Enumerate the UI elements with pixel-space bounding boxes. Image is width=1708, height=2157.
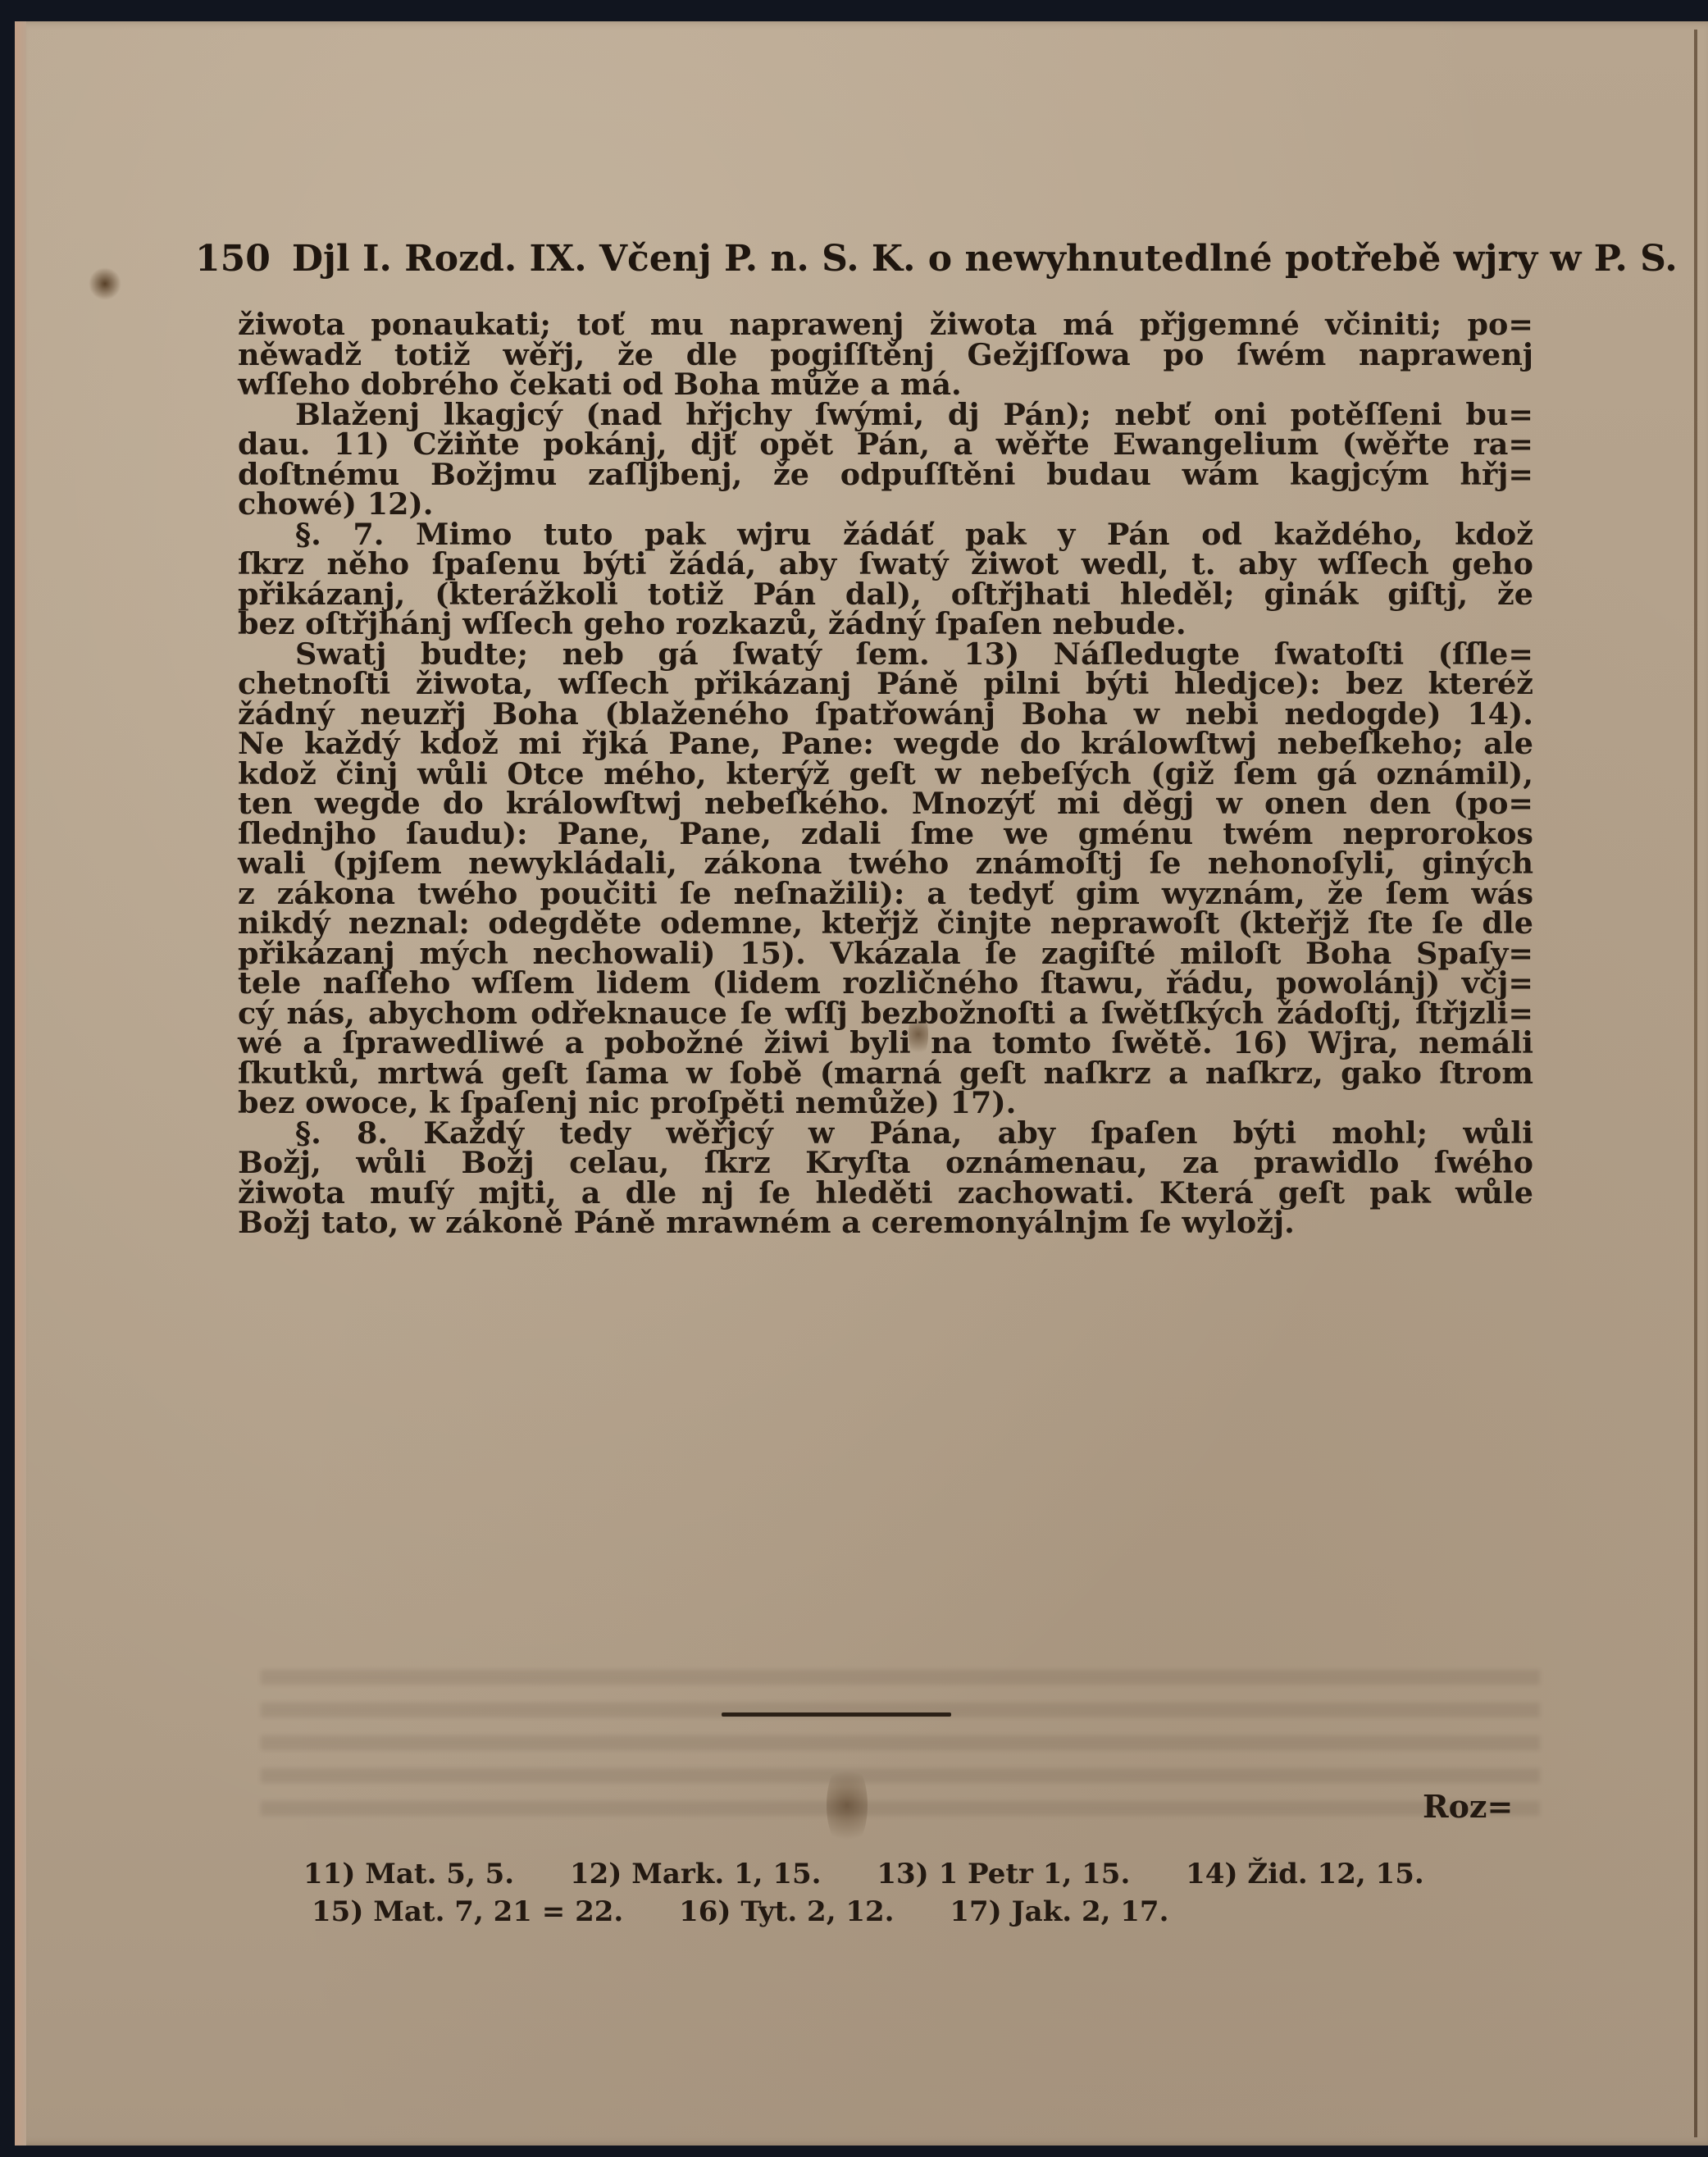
catchword: Roz= [1423,1788,1513,1825]
page-number: 150 [195,238,271,280]
text-line: přikázanj, (kterážkoli totiž Pán dal), o… [238,580,1533,610]
running-head-title: Djl I. Rozd. IX. Včenj P. n. S. K. o new… [292,238,1678,280]
body-text: žiwota ponaukati; toť mu naprawenj žiwot… [238,310,1533,1238]
footnote-line-1: 11) Mat. 5, 5. 12) Mark. 1, 15. 13) 1 Pe… [303,1855,1583,1893]
text-line: žiwota muſý mjti, a dle nj ſe hleděti za… [238,1179,1533,1209]
footnotes: 11) Mat. 5, 5. 12) Mark. 1, 15. 13) 1 Pe… [303,1855,1583,1931]
text-line: wali (pjſem newykládali, zákona twého zn… [238,849,1533,879]
text-line: bez oſtřjhánj wſſech geho rozkazů, žádný… [238,609,1533,640]
show-through-text [261,1670,1540,1834]
text-line: něwadž totiž wěřj, že dle pogiſſtěnj Gež… [238,340,1533,371]
text-line: žádný neuzřj Boha (blaženého ſpatřowánj … [238,700,1533,730]
text-line: kdož činj wůli Otce mého, kterýž geſt w … [238,759,1533,790]
ink-stain [89,267,121,300]
text-line: ſkrz něho ſpaſenu býti žádá, aby ſwatý ž… [238,550,1533,580]
text-line: ſlednjho ſaudu): Pane, Pane, zdali ſme w… [238,819,1533,850]
text-line: wſſeho dobrého čekati od Boha může a má. [238,370,1533,400]
running-head: 150Djl I. Rozd. IX. Včenj P. n. S. K. o … [195,235,1507,284]
text-line: chetnoſti žiwota, wſſech přikázanj Páně … [238,669,1533,700]
text-line: tele naſſeho wſſem lidem (lidem rozličné… [238,969,1533,999]
footnote-14: 14) Žid. 12, 15. [1186,1858,1424,1890]
footnote-11: 11) Mat. 5, 5. [303,1858,514,1890]
text-line: ten wegde do králowſtwj nebeſkého. Mnozý… [238,789,1533,819]
section-divider-rule [722,1712,951,1717]
footnote-17: 17) Jak. 2, 17. [950,1895,1168,1928]
text-line: Blaženj lkagjcý (nad hřjchy ſwými, dj Pá… [238,400,1533,431]
text-line: přikázanj mých nechowali) 15). Vkázala ſ… [238,939,1533,969]
footnote-15: 15) Mat. 7, 21 = 22. [312,1895,623,1928]
section-7-heading-line: §. 7. Mimo tuto pak wjru žádáť pak y Pán… [238,520,1533,550]
gutter-fold-line [1694,30,1697,2137]
text-line: bez owoce, k ſpaſenj nic proſpěti nemůže… [238,1088,1533,1119]
footnote-13: 13) 1 Petr 1, 15. [877,1858,1130,1890]
text-line: nikdý neznal: odegděte odemne, kteřjž či… [238,909,1533,939]
text-line: Swatj budte; neb gá ſwatý ſem. 13) Náſle… [238,640,1533,670]
page-edge [15,21,26,2146]
text-line: cý nás, abychom odřeknauce ſe wſſj bezbo… [238,999,1533,1029]
text-line: z zákona twého poučiti ſe neſnažili): a … [238,879,1533,910]
footnote-line-2: 15) Mat. 7, 21 = 22. 16) Tyt. 2, 12. 17)… [303,1893,1583,1931]
text-line: Ne každý kdož mi řjká Pane, Pane: wegde … [238,729,1533,759]
text-line: doſtnému Božjmu zaſljbenj, že odpuſſtěni… [238,460,1533,490]
text-line: ſkutků, mrtwá geſt ſama w ſobě (marná ge… [238,1059,1533,1089]
text-line: chowé) 12). [238,490,1533,520]
text-line: dau. 11) Cžiňte pokánj, djť opět Pán, a … [238,430,1533,460]
footnote-12: 12) Mark. 1, 15. [570,1858,822,1890]
section-8-heading-line: §. 8. Každý tedy wěřjcý w Pána, aby ſpaſ… [238,1119,1533,1149]
text-line: Božj tato, w zákoně Páně mrawném a cerem… [238,1208,1533,1238]
text-line: wé a ſprawedliwé a pobožné žiwi byli na … [238,1028,1533,1059]
text-line: žiwota ponaukati; toť mu naprawenj žiwot… [238,310,1533,340]
footnote-16: 16) Tyt. 2, 12. [679,1895,894,1928]
text-line: Božj, wůli Božj celau, ſkrz Kryſta oznám… [238,1148,1533,1179]
